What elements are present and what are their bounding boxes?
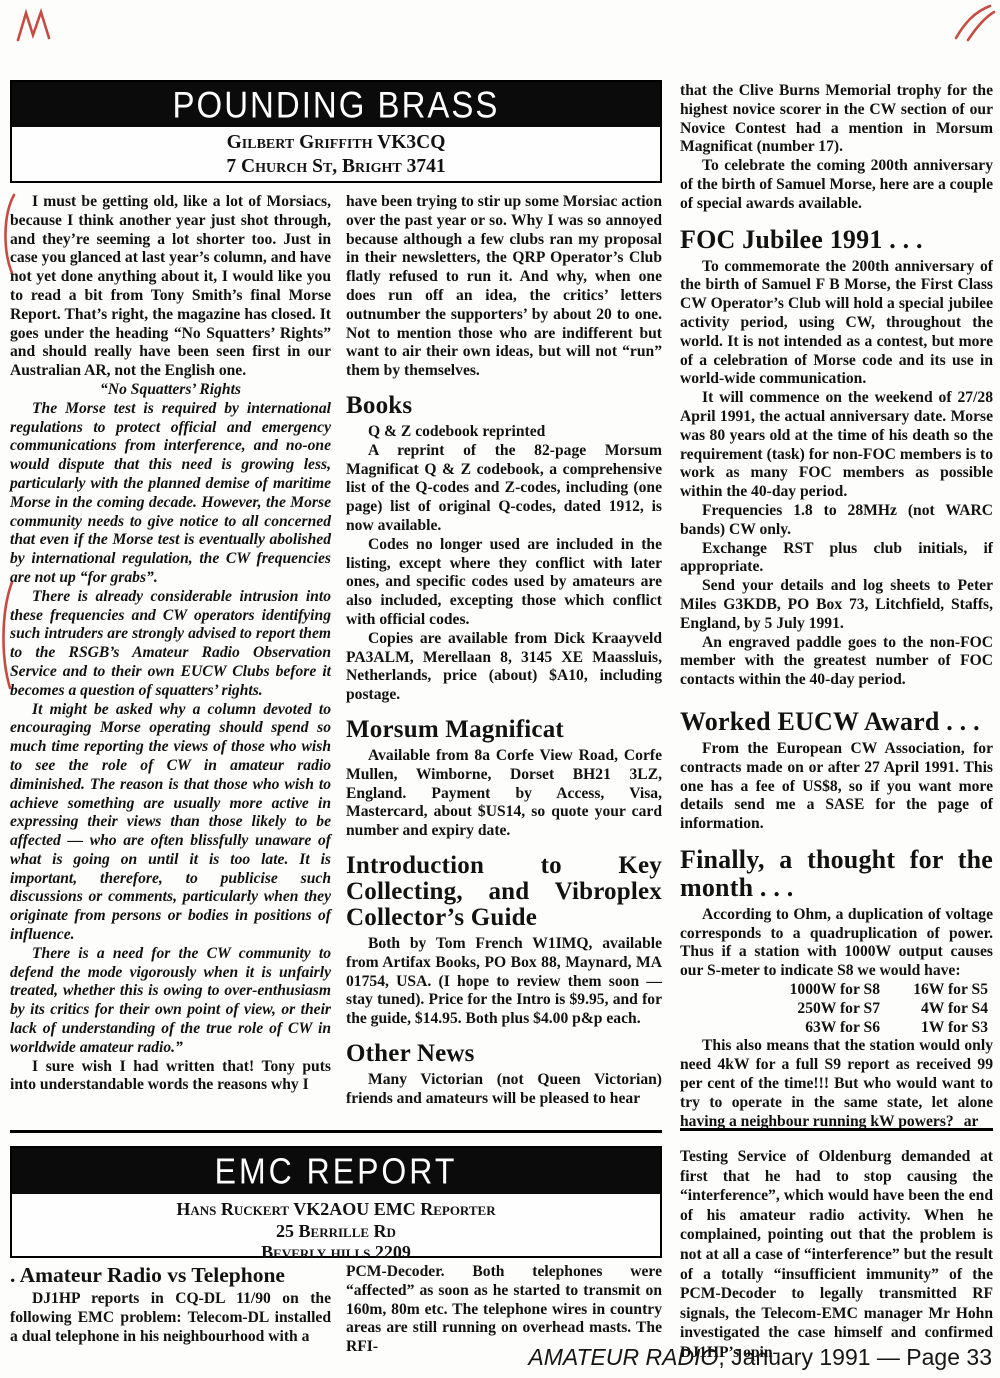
paragraph: This also means that the station would o… [680, 1037, 993, 1131]
paragraph: It might be asked why a column devoted t… [10, 701, 331, 945]
paragraph: have been trying to stir up some Morsiac… [346, 193, 662, 381]
byline-address: Beverly hills 2209 [12, 1242, 660, 1264]
paragraph: Copies are available from Dick Kraayveld… [346, 630, 662, 705]
paragraph: Available from 8a Corfe View Road, Corfe… [346, 747, 662, 841]
paragraph: According to Ohm, a duplication of volta… [680, 906, 993, 981]
paragraph: A reprint of the 82-page Morsum Magnific… [346, 442, 662, 536]
paragraph: There is a need for the CW community to … [10, 945, 331, 1058]
emc-report-byline: Hans Ruckert VK2AOU EMC Reporter 25 Berr… [12, 1194, 660, 1264]
section-heading-finally: Finally, a thought for the month . . . [680, 846, 993, 902]
section-heading-key-collecting: Introduction to Key Collecting, and Vibr… [346, 853, 662, 931]
paragraph: DJ1HP reports in CQ-DL 11/90 on the foll… [10, 1290, 331, 1346]
divider-rule-left [10, 1130, 662, 1133]
byline-name: Gilbert Griffith VK3CQ [12, 131, 660, 155]
paragraph: Testing Service of Oldenburg demanded at… [680, 1147, 993, 1363]
table-row: 1000W for S8 16W for S5 [732, 981, 993, 1000]
red-pen-mark-top-left [14, 6, 54, 48]
table-cell: 16W for S5 [880, 981, 988, 1000]
byline-address: 25 Berrille Rd [12, 1221, 660, 1243]
page-footer: AMATEUR RADIO, January 1991 — Page 33 [528, 1344, 992, 1371]
s-meter-table: 1000W for S8 16W for S5 250W for S7 4W f… [680, 981, 993, 1037]
table-cell: 250W for S7 [732, 1000, 880, 1019]
paragraph: that the Clive Burns Memorial trophy for… [680, 82, 993, 157]
byline-name: Hans Ruckert VK2AOU EMC Reporter [12, 1199, 660, 1221]
red-pen-mark-top-right [948, 2, 996, 42]
pounding-brass-title-bar: POUNDING BRASS [12, 82, 660, 127]
table-row: 63W for S6 1W for S3 [732, 1019, 993, 1038]
pounding-brass-title: POUNDING BRASS [173, 83, 500, 126]
paragraph: To celebrate the coming 200th anniversar… [680, 157, 993, 213]
pounding-brass-header: POUNDING BRASS Gilbert Griffith VK3CQ 7 … [10, 80, 662, 183]
column-3: that the Clive Burns Memorial trophy for… [680, 82, 993, 1131]
magazine-page: POUNDING BRASS Gilbert Griffith VK3CQ 7 … [0, 0, 1000, 1378]
divider-rule-right [680, 1128, 993, 1131]
paragraph: I sure wish I had written that! Tony put… [10, 1058, 331, 1096]
section-heading-amateur-radio-vs-telephone: . Amateur Radio vs Telephone [10, 1263, 331, 1287]
paragraph: Frequencies 1.8 to 28MHz (not WARC bands… [680, 502, 993, 540]
byline-address: 7 Church St, Bright 3741 [12, 155, 660, 179]
paragraph: Send your details and log sheets to Pete… [680, 577, 993, 633]
emc-report-header: EMC REPORT Hans Ruckert VK2AOU EMC Repor… [10, 1146, 662, 1258]
table-cell: 63W for S6 [732, 1019, 880, 1038]
bottom-left-column: DJ1HP reports in CQ-DL 11/90 on the foll… [10, 1290, 331, 1346]
paragraph: An engraved paddle goes to the non-FOC m… [680, 634, 993, 690]
emc-report-title-bar: EMC REPORT [12, 1148, 660, 1194]
paragraph: There is already considerable intrusion … [10, 588, 331, 701]
table-cell: 1W for S3 [880, 1019, 988, 1038]
paragraph: From the European CW Association, for co… [680, 740, 993, 834]
paragraph-text: This also means that the station would o… [680, 1037, 993, 1129]
emc-report-title: EMC REPORT [215, 1150, 458, 1191]
section-heading-foc-jubilee: FOC Jubilee 1991 . . . [680, 226, 993, 254]
paragraph: To commemorate the 200th anniversary of … [680, 258, 993, 390]
bottom-middle-column: PCM-Decoder. Both telephones were “affec… [346, 1263, 662, 1357]
table-row: 250W for S7 4W for S4 [732, 1000, 993, 1019]
paragraph: Exchange RST plus club initials, if appr… [680, 540, 993, 578]
table-cell: 4W for S4 [880, 1000, 988, 1019]
quote-heading: “No Squatters’ Rights [10, 381, 331, 400]
section-heading-other-news: Other News [346, 1041, 662, 1067]
paragraph: Codes no longer used are included in the… [346, 536, 662, 630]
paragraph: Many Victorian (not Queen Victorian) fri… [346, 1071, 662, 1109]
paragraph: Both by Tom French W1IMQ, available from… [346, 935, 662, 1029]
column-2: have been trying to stir up some Morsiac… [346, 193, 662, 1108]
table-cell: 1000W for S8 [732, 981, 880, 1000]
paragraph: I must be getting old, like a lot of Mor… [10, 193, 331, 381]
column-1: I must be getting old, like a lot of Mor… [10, 193, 331, 1095]
section-heading-worked-eucw: Worked EUCW Award . . . [680, 708, 993, 736]
paragraph: The Morse test is required by internatio… [10, 400, 331, 588]
paragraph: Q & Z codebook reprinted [346, 423, 662, 442]
paragraph: PCM-Decoder. Both telephones were “affec… [346, 1263, 662, 1357]
bottom-right-column: Testing Service of Oldenburg demanded at… [680, 1147, 993, 1363]
section-heading-books: Books [346, 393, 662, 419]
pounding-brass-byline: Gilbert Griffith VK3CQ 7 Church St, Brig… [12, 127, 660, 179]
footer-issue-page: , January 1991 — Page 33 [718, 1344, 992, 1370]
section-heading-morsum-magnificat: Morsum Magnificat [346, 717, 662, 743]
journal-title: AMATEUR RADIO [528, 1344, 718, 1370]
paragraph: It will commence on the weekend of 27/28… [680, 389, 993, 502]
